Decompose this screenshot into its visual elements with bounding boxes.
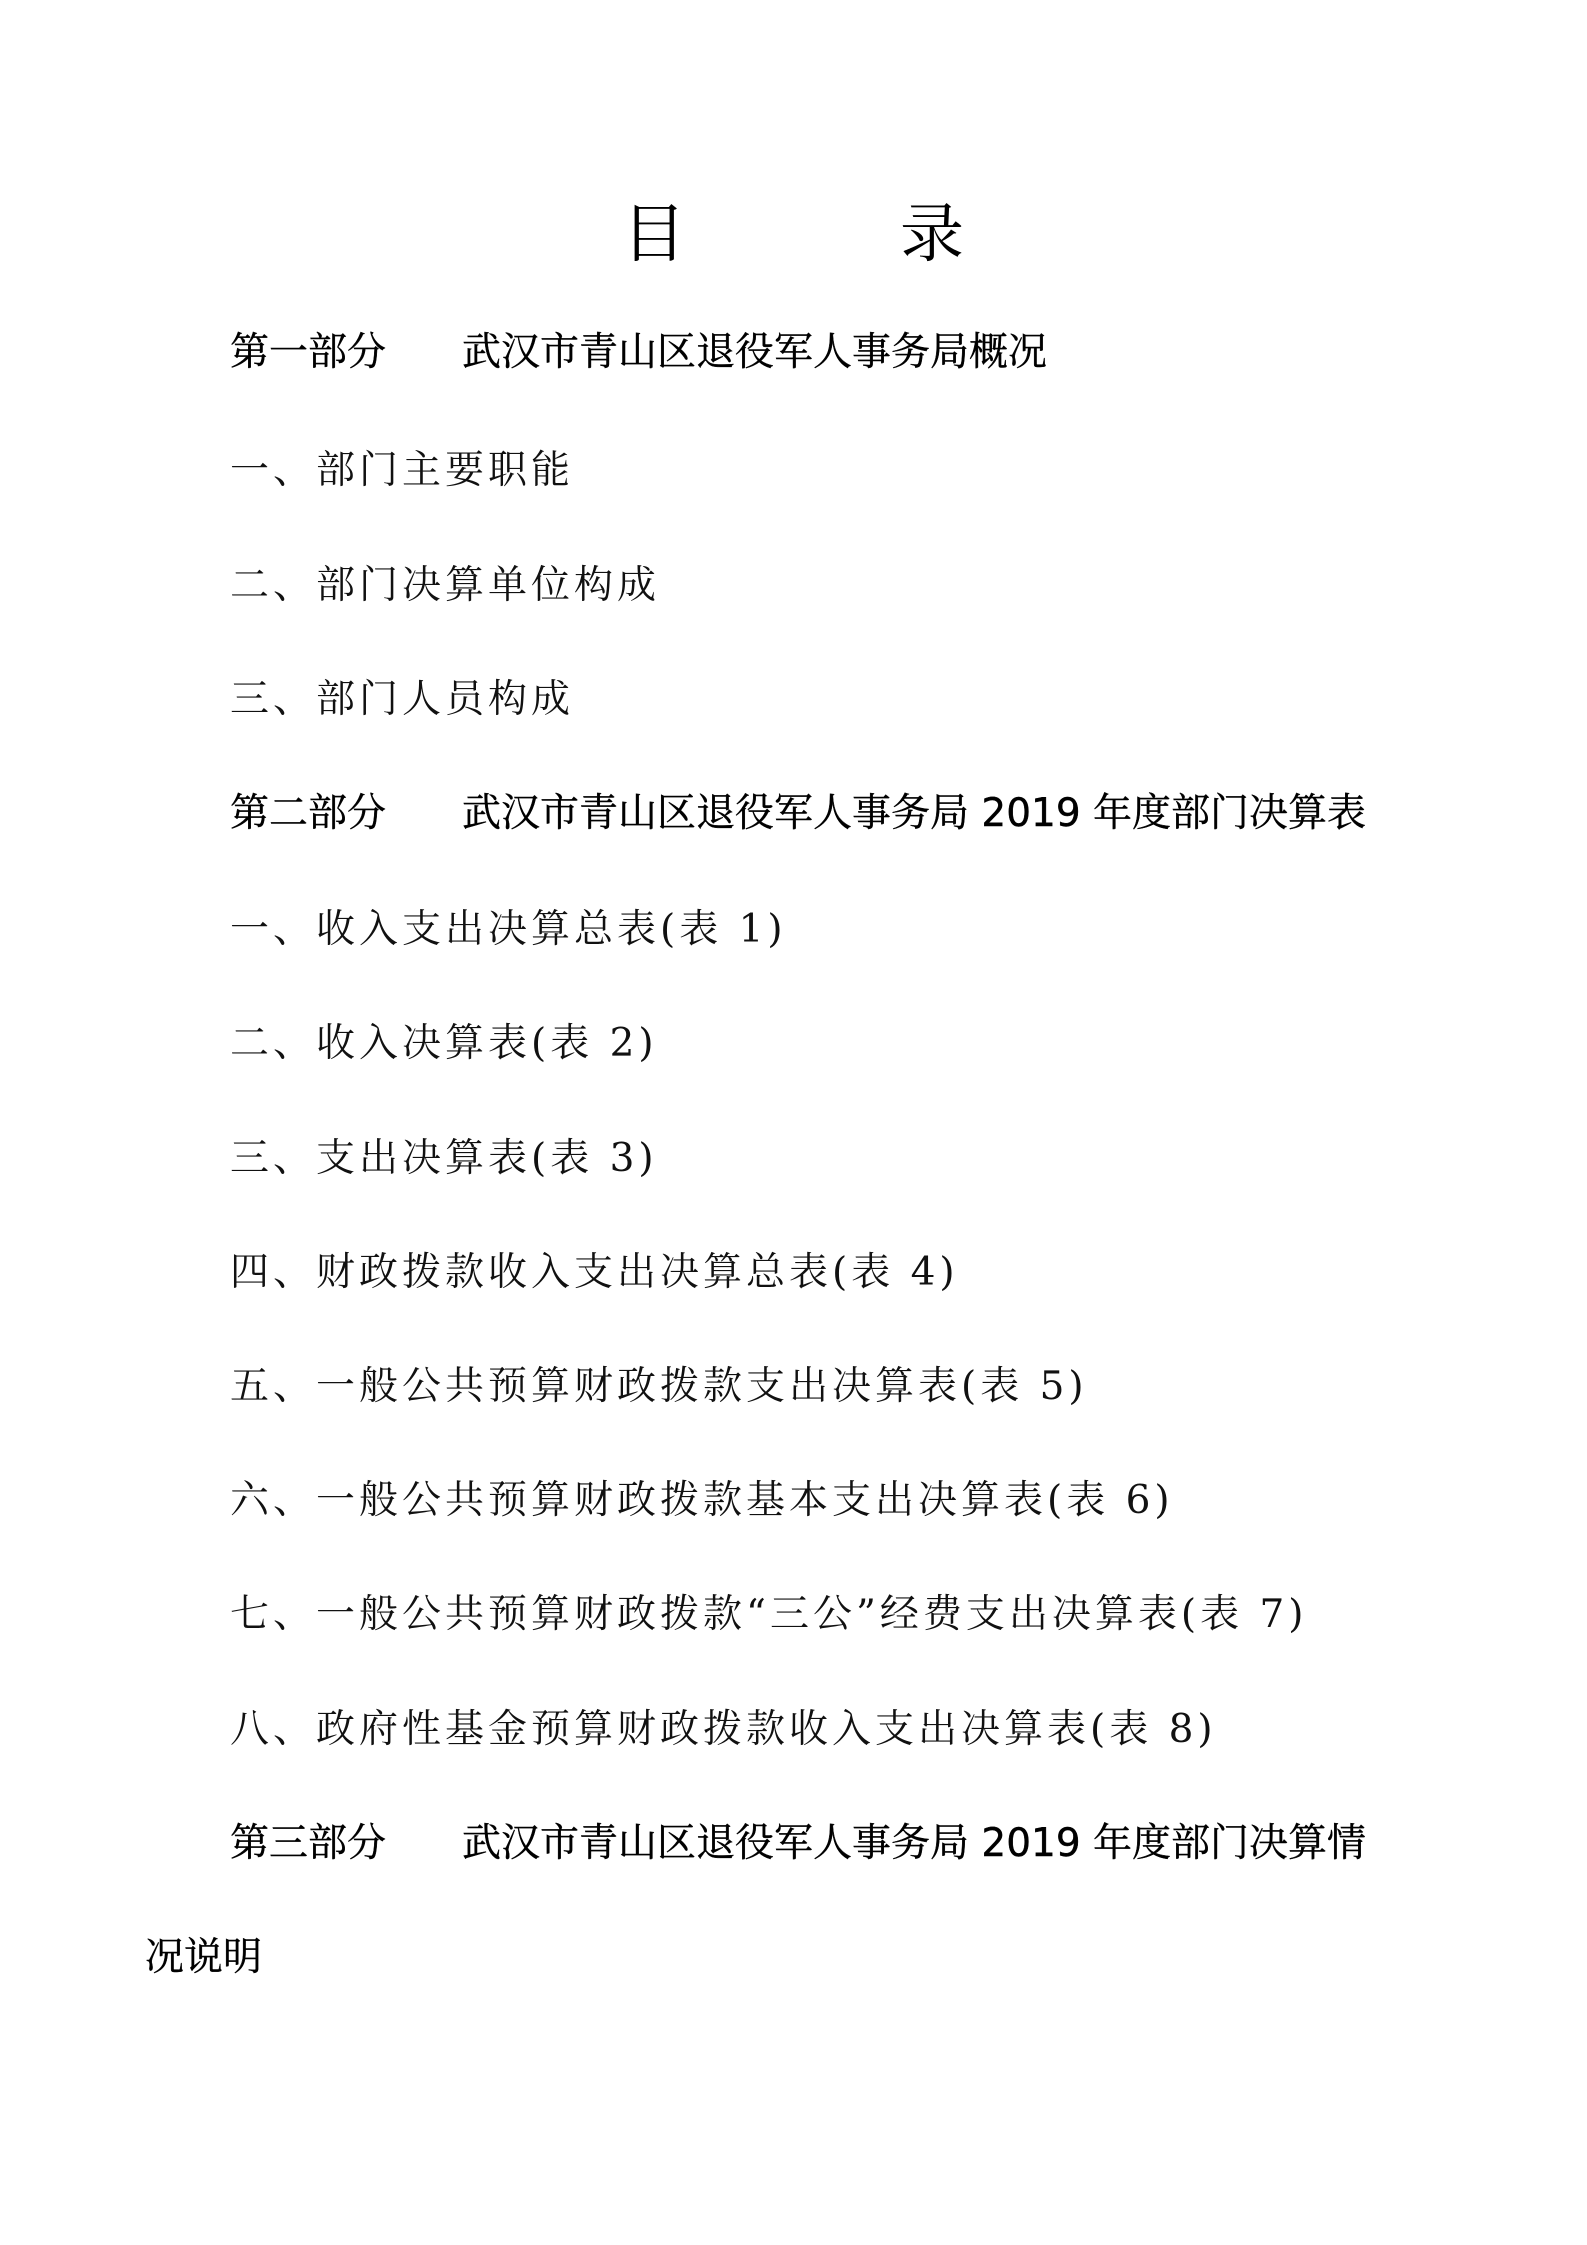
toc-part2-item-3[interactable]: 三、支出决算表(表 3) — [230, 1134, 658, 1184]
title-char-2: 录 — [900, 195, 964, 275]
title-char-1: 目 — [622, 195, 686, 275]
toc-part2-item-5[interactable]: 五、一般公共预算财政拨款支出决算表(表 5) — [230, 1362, 1088, 1412]
toc-part1-item-3[interactable]: 三、部门人员构成 — [230, 675, 574, 725]
toc-part2-item-2[interactable]: 二、收入决算表(表 2) — [230, 1019, 658, 1069]
part-label: 第一部分 — [230, 328, 462, 378]
toc-part1-item-1[interactable]: 一、部门主要职能 — [230, 446, 574, 496]
part-title-line1: 武汉市青山区退役军人事务局 2019 年度部门决算情 — [462, 1821, 1366, 1866]
part-title: 武汉市青山区退役军人事务局概况 — [462, 330, 1047, 375]
page-title: 目 录 — [0, 195, 1587, 275]
toc-part2-item-6[interactable]: 六、一般公共预算财政拨款基本支出决算表(表 6) — [230, 1476, 1174, 1526]
toc-part1-heading[interactable]: 第一部分武汉市青山区退役军人事务局概况 — [230, 328, 1047, 378]
part-label: 第二部分 — [230, 789, 462, 839]
part-label: 第三部分 — [230, 1819, 462, 1869]
toc-part2-item-4[interactable]: 四、财政拨款收入支出决算总表(表 4) — [230, 1248, 959, 1298]
toc-part2-item-7[interactable]: 七、一般公共预算财政拨款“三公”经费支出决算表(表 7) — [230, 1590, 1308, 1640]
toc-part1-item-2[interactable]: 二、部门决算单位构成 — [230, 561, 660, 611]
part-title: 武汉市青山区退役军人事务局 2019 年度部门决算表 — [462, 791, 1366, 836]
toc-part2-item-8[interactable]: 八、政府性基金预算财政拨款收入支出决算表(表 8) — [230, 1705, 1217, 1755]
toc-part3-heading-continuation[interactable]: 况说明 — [145, 1933, 262, 1983]
toc-part3-heading[interactable]: 第三部分武汉市青山区退役军人事务局 2019 年度部门决算情 — [230, 1819, 1366, 1869]
toc-part2-heading[interactable]: 第二部分武汉市青山区退役军人事务局 2019 年度部门决算表 — [230, 789, 1366, 839]
document-page: 目 录 第一部分武汉市青山区退役军人事务局概况 一、部门主要职能 二、部门决算单… — [0, 0, 1587, 2245]
toc-part2-item-1[interactable]: 一、收入支出决算总表(表 1) — [230, 905, 787, 955]
